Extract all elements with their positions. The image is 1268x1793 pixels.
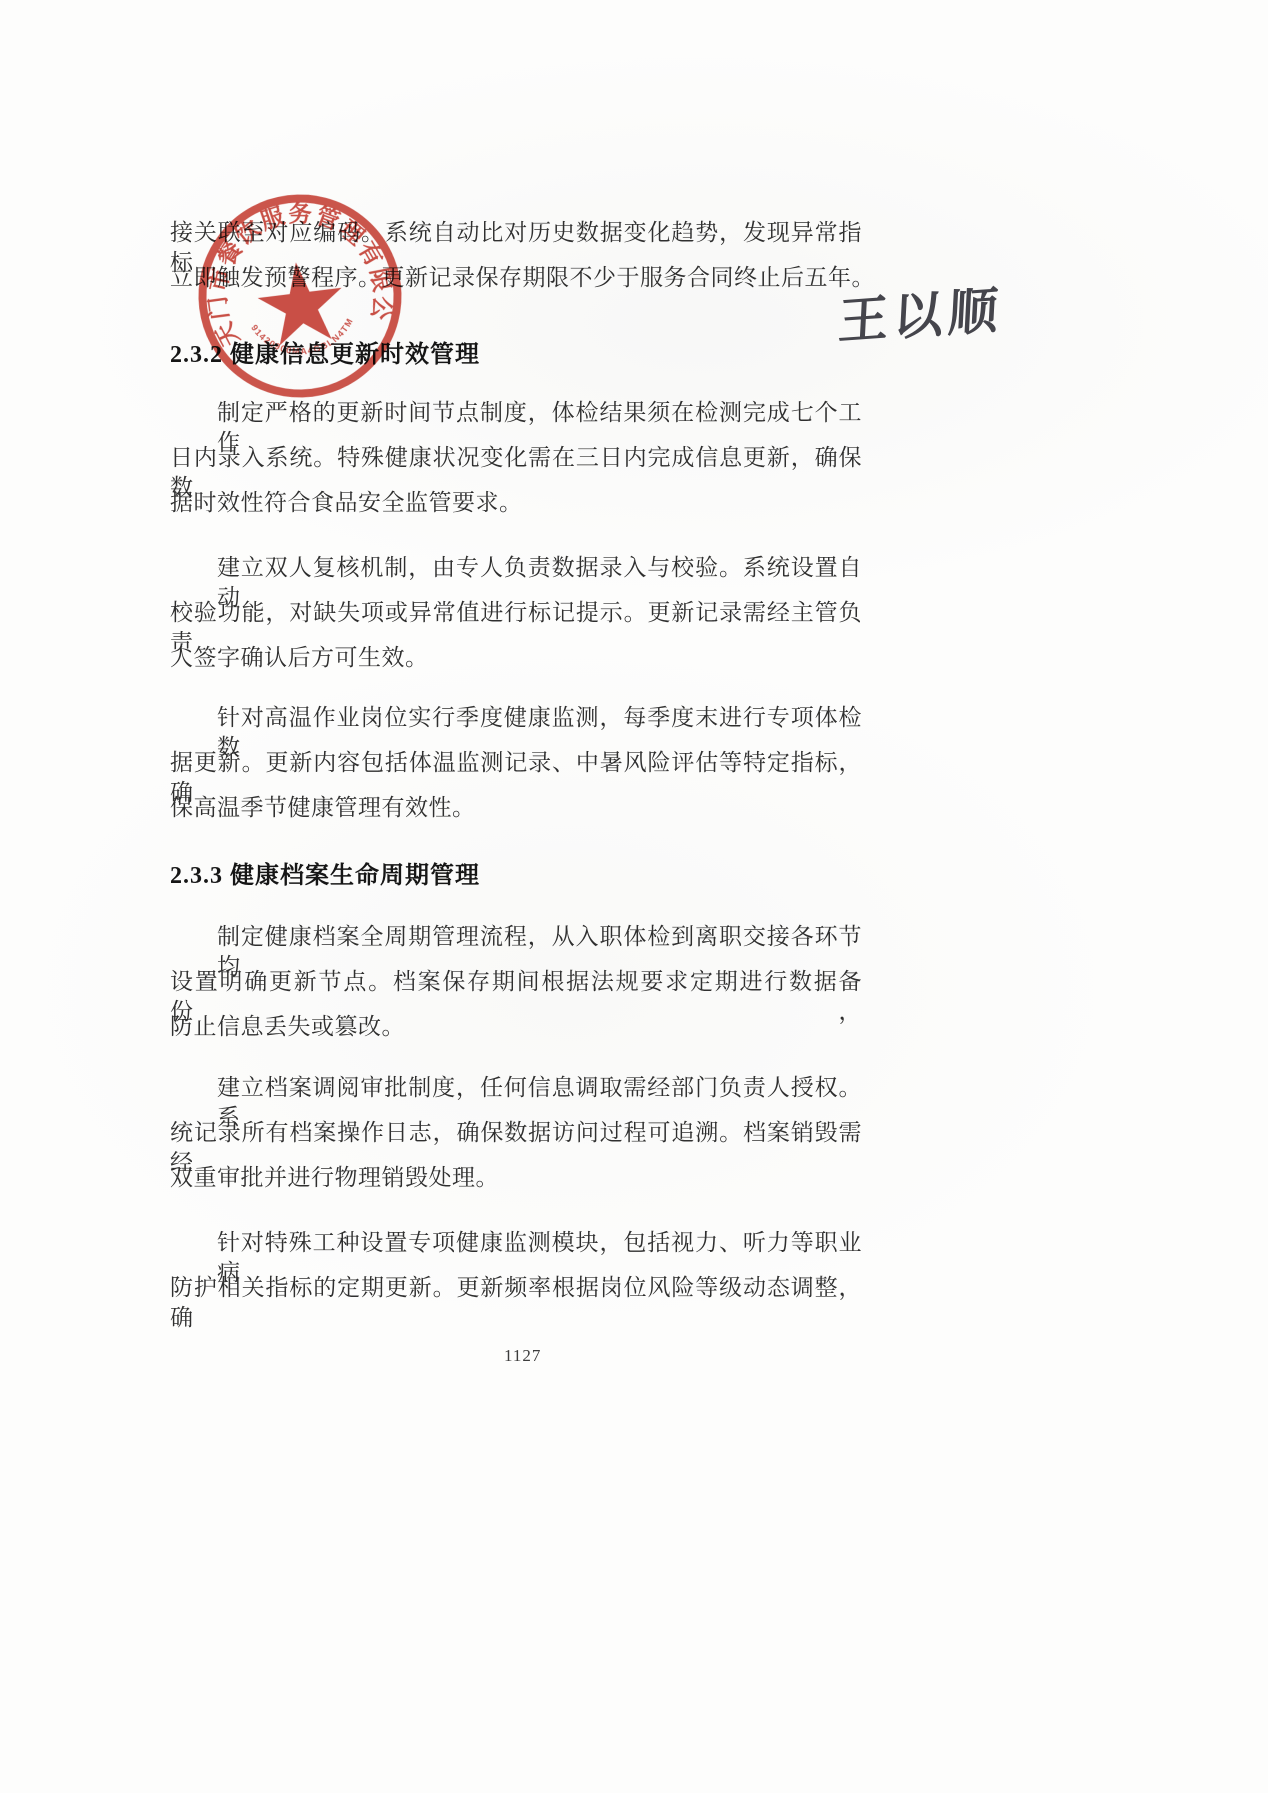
body-line: 保高温季节健康管理有效性。 bbox=[170, 793, 862, 823]
company-seal-stamp: 天门市餐饮服务管理有限公司 91420900MA4GBLN4TM bbox=[182, 178, 418, 414]
section-heading-2-3-3: 2.3.3 健康档案生命周期管理 bbox=[170, 855, 862, 890]
document-page: 接关联至对应编码。系统自动比对历史数据变化趋势，发现异常指标 立即触发预警程序。… bbox=[0, 0, 1268, 1793]
body-line: 防护相关指标的定期更新。更新频率根据岗位风险等级动态调整，确 bbox=[170, 1273, 862, 1333]
body-line: 防止信息丢失或篡改。 bbox=[170, 1012, 862, 1042]
body-line: 人签字确认后方可生效。 bbox=[170, 643, 862, 673]
handwritten-signature: 王以顺 bbox=[836, 275, 1029, 359]
body-line: 双重审批并进行物理销毁处理。 bbox=[170, 1163, 862, 1193]
seal-graphic: 天门市餐饮服务管理有限公司 91420900MA4GBLN4TM bbox=[182, 178, 418, 414]
page-number: 1127 bbox=[504, 1346, 541, 1366]
body-line: 据时效性符合食品安全监管要求。 bbox=[170, 488, 862, 518]
